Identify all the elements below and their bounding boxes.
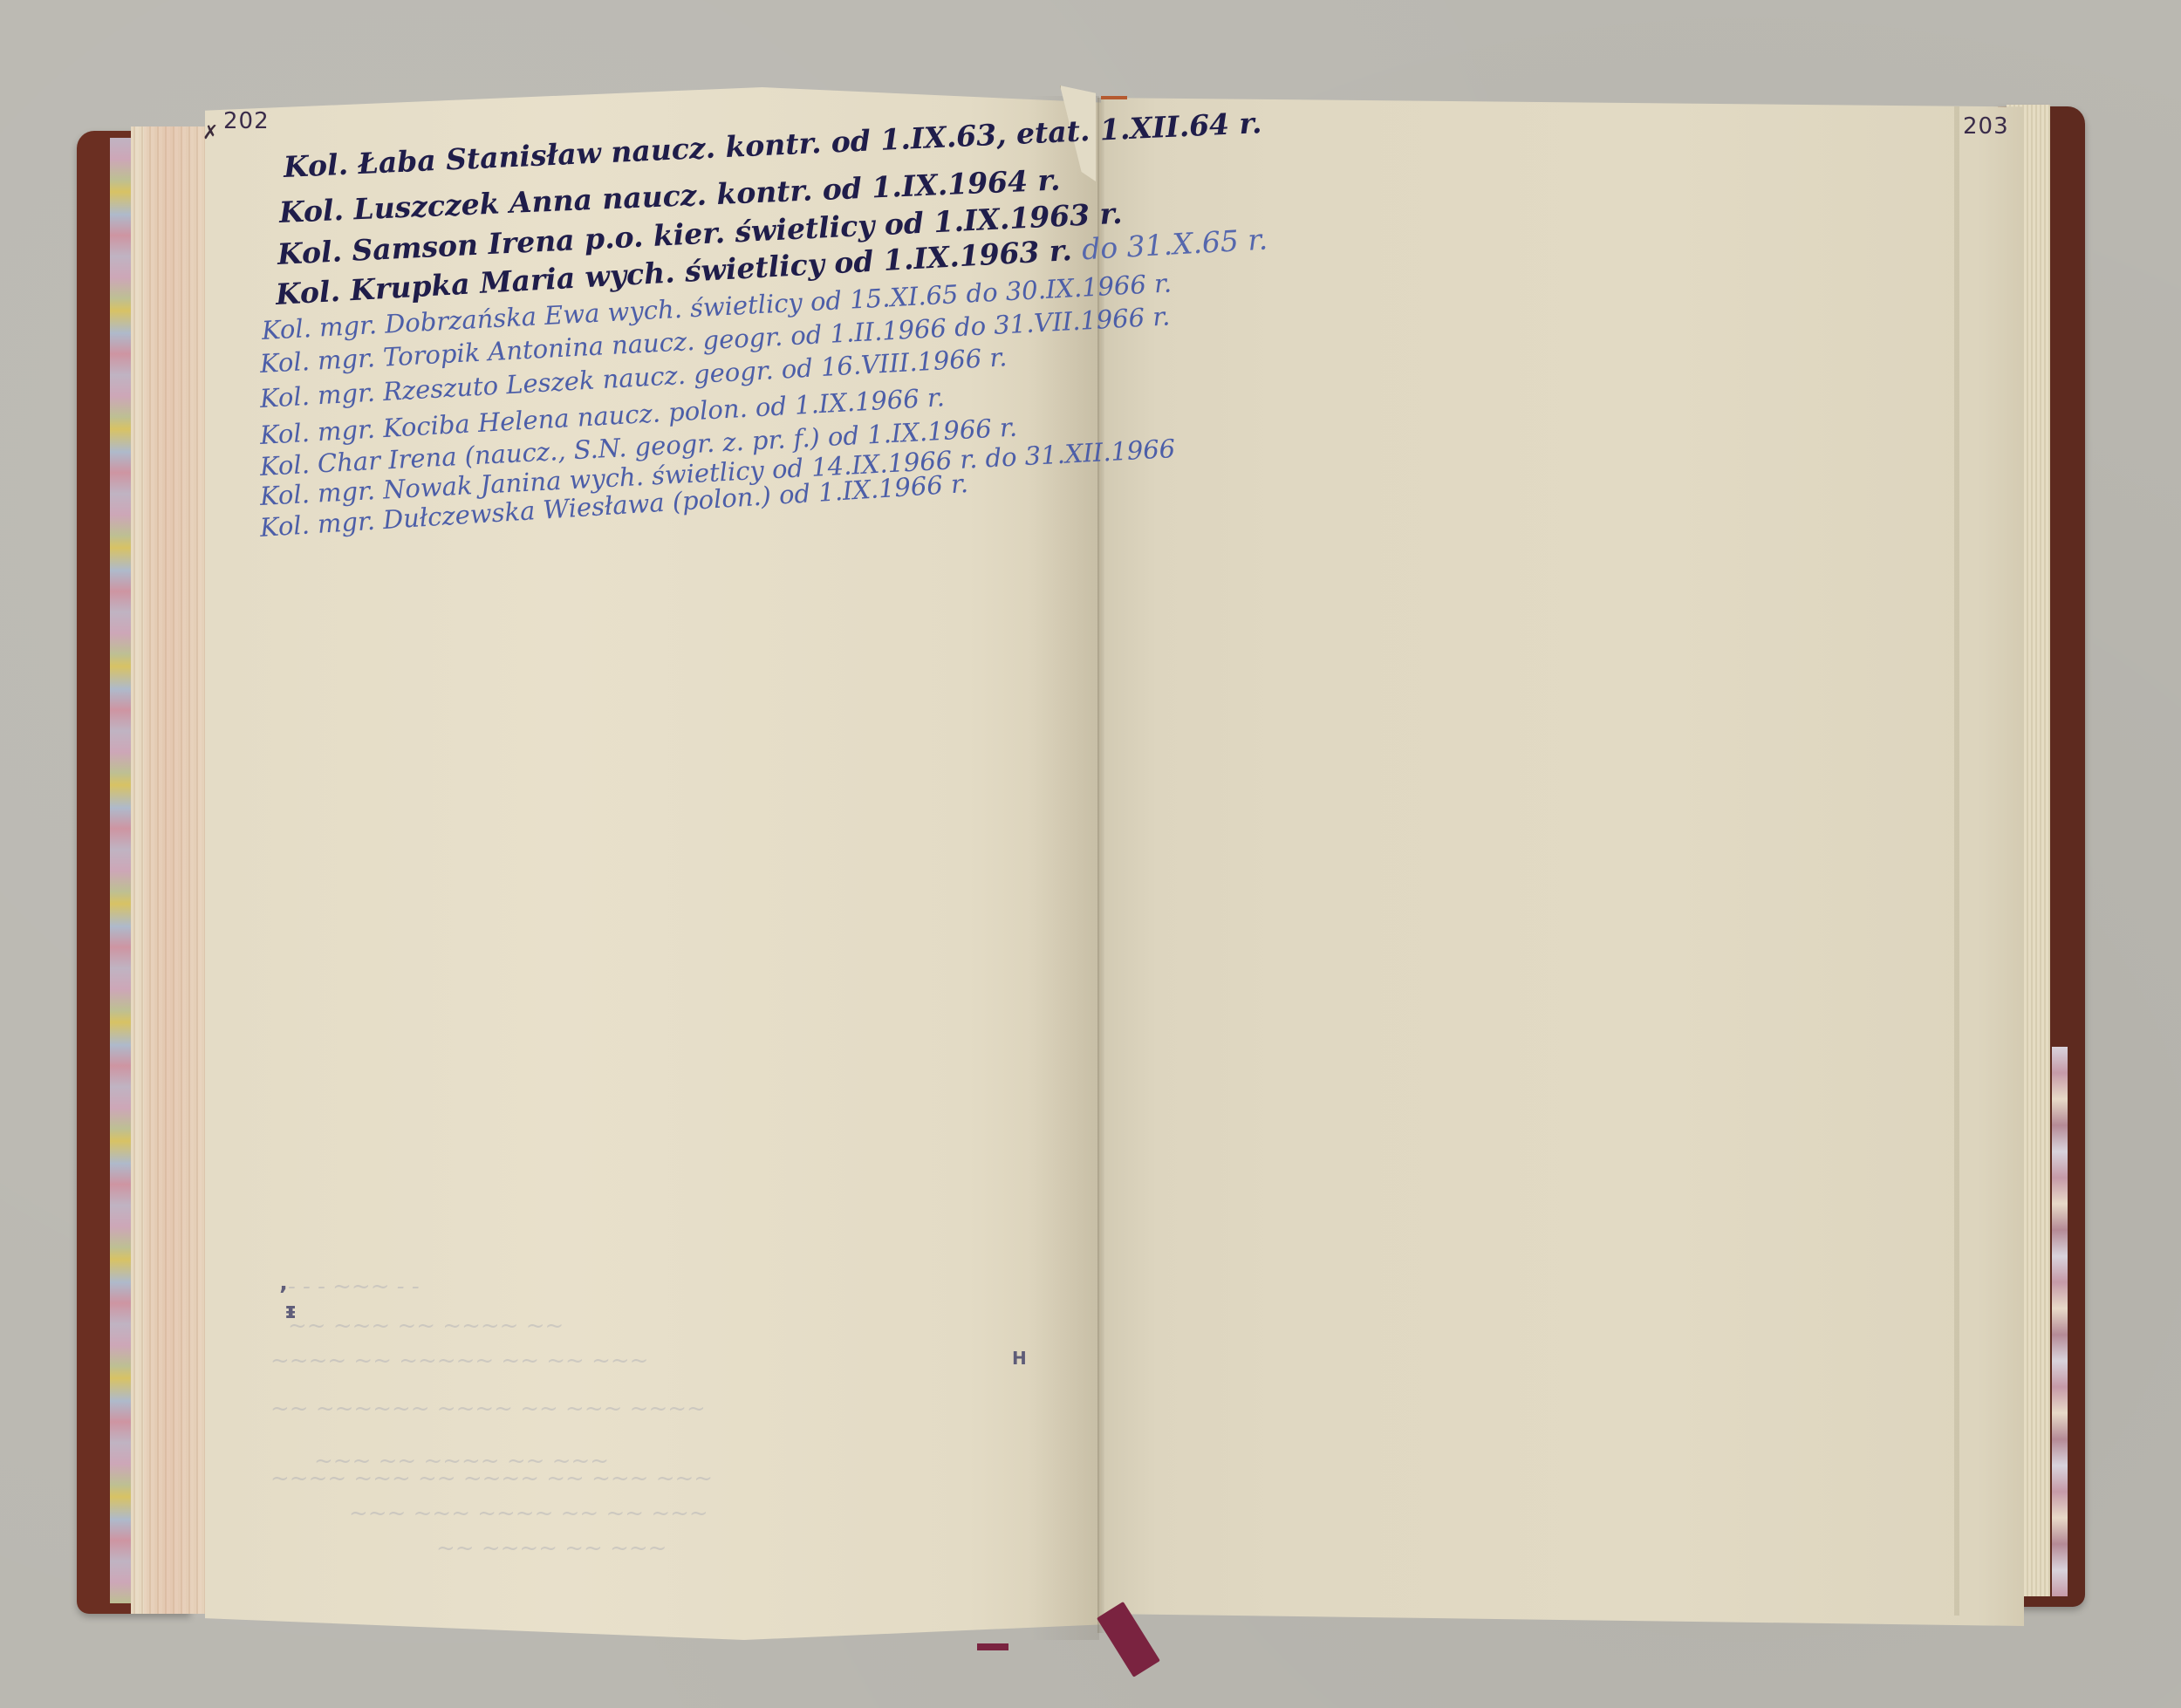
bleed-through-text: ~~~~ ~~~ ~~ ~~~~ ~~ ~~~ ~~~ <box>270 1465 713 1492</box>
bookmark-ribbon-stub <box>977 1643 1008 1650</box>
bleed-through-text: - - - ~~~ - - <box>288 1274 420 1300</box>
bleed-through-text: ~~~~ ~~ ~~~~~ ~~ ~~ ~~~ <box>270 1348 648 1374</box>
corner-check-mark: ✗ <box>202 122 218 144</box>
gutter-shadow <box>1029 96 1099 1640</box>
right-page <box>1101 98 2024 1626</box>
page-stack-left-stain <box>144 126 205 1614</box>
marbled-endpaper-right <box>2052 1047 2068 1596</box>
page-number-right: 203 <box>1963 113 2009 140</box>
right-page-fold-line <box>1954 106 1959 1616</box>
book-gutter <box>1097 98 1104 1633</box>
bleed-through-text: ~~ ~~~~~~ ~~~~ ~~ ~~~ ~~~~ <box>270 1396 706 1422</box>
bleed-through-text: ~~~ ~~~ ~~~~ ~~ ~~ ~~~ <box>349 1500 708 1527</box>
page-number-left: 202 <box>223 108 270 134</box>
marbled-endpaper-left <box>110 138 133 1603</box>
red-page-edge <box>1101 96 1127 99</box>
bleed-through-text: ~~ ~~~ ~~ ~~~~ ~~ <box>288 1313 564 1339</box>
ink-blot: ᵻ <box>284 1298 297 1324</box>
ink-blot: H <box>1012 1348 1027 1369</box>
bleed-through-text: ~~ ~~~~ ~~ ~~~ <box>436 1535 667 1561</box>
